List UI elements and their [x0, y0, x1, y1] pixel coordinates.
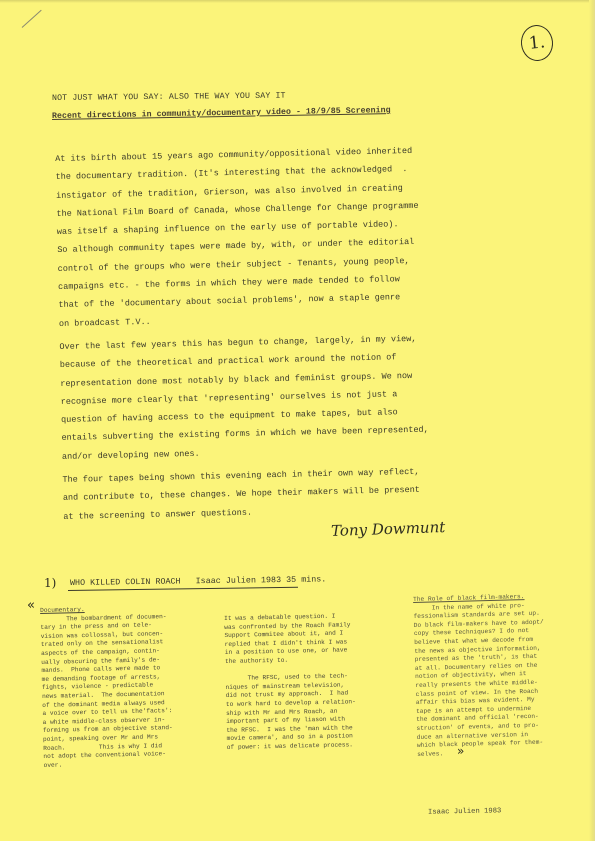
intro-paragraph: The four tapes being shown this evening … — [62, 461, 493, 526]
column-body: The bombardment of documen- tary in the … — [40, 613, 173, 769]
intro-paragraph: At its birth about 15 years ago communit… — [55, 140, 489, 333]
column-role-of-black-filmmakers: The Role of black film-makers. In the na… — [413, 593, 547, 760]
intro-paragraph: Over the last few years this has begun t… — [59, 328, 492, 466]
section-number: 1) — [44, 576, 56, 590]
intro-text: At its birth about 15 years ago communit… — [55, 140, 494, 531]
column-documentary: Documentary. The bombardment of documen-… — [40, 604, 174, 770]
column-heading: Documentary. — [40, 606, 85, 614]
footer-credit: Isaac Julien 1983 — [428, 807, 501, 816]
pen-mark — [22, 10, 42, 28]
open-quote-mark-icon: « — [27, 598, 35, 613]
handwritten-signature: Tony Dowmunt — [331, 518, 446, 540]
column-body: In the name of white pro- fessionalism s… — [413, 602, 544, 758]
close-quote-mark-icon: » — [457, 744, 464, 758]
document-title: NOT JUST WHAT YOU SAY: ALSO THE WAY YOU … — [52, 92, 286, 103]
page-number: 1. — [519, 23, 555, 62]
column-body: It was a debatable question. I was confr… — [224, 613, 356, 751]
column-debate: It was a debatable question. I was confr… — [224, 612, 357, 752]
page-top-edge — [0, 0, 595, 3]
page-right-edge — [589, 0, 595, 841]
document-subtitle: Recent directions in community/documenta… — [52, 106, 391, 121]
